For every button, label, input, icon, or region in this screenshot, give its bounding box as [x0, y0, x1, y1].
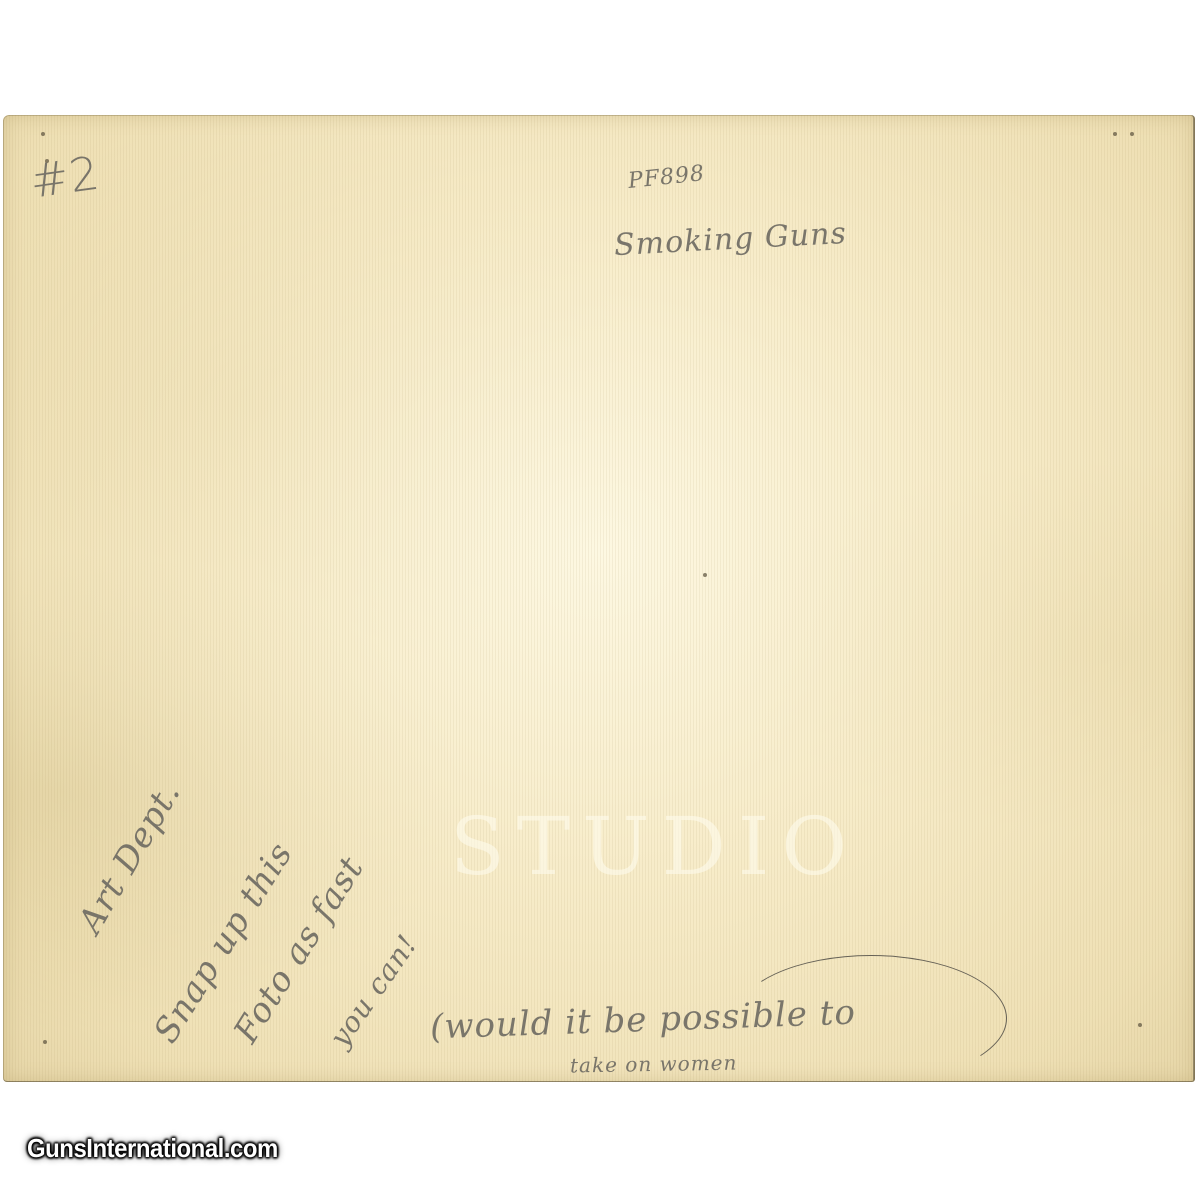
pinhole-dot — [1113, 132, 1117, 136]
photo-card-back — [3, 115, 1195, 1082]
pinhole-dot — [1130, 132, 1134, 136]
pinhole-dot — [41, 132, 45, 136]
faint-studio-imprint: STUDIO — [450, 800, 859, 893]
note-line-take-on-women: take on women — [570, 1051, 738, 1078]
image-stage: STUDIO #2 PF898 Smoking Guns Art Dept. S… — [0, 0, 1200, 1200]
pinhole-dot — [43, 1040, 47, 1044]
site-watermark: GunsInternational.com — [27, 1133, 278, 1164]
pinhole-dot — [1138, 1023, 1142, 1027]
pinhole-dot — [703, 573, 707, 577]
pencil-circle-mark — [735, 955, 1007, 1082]
corner-number-marking: #2 — [27, 145, 104, 208]
